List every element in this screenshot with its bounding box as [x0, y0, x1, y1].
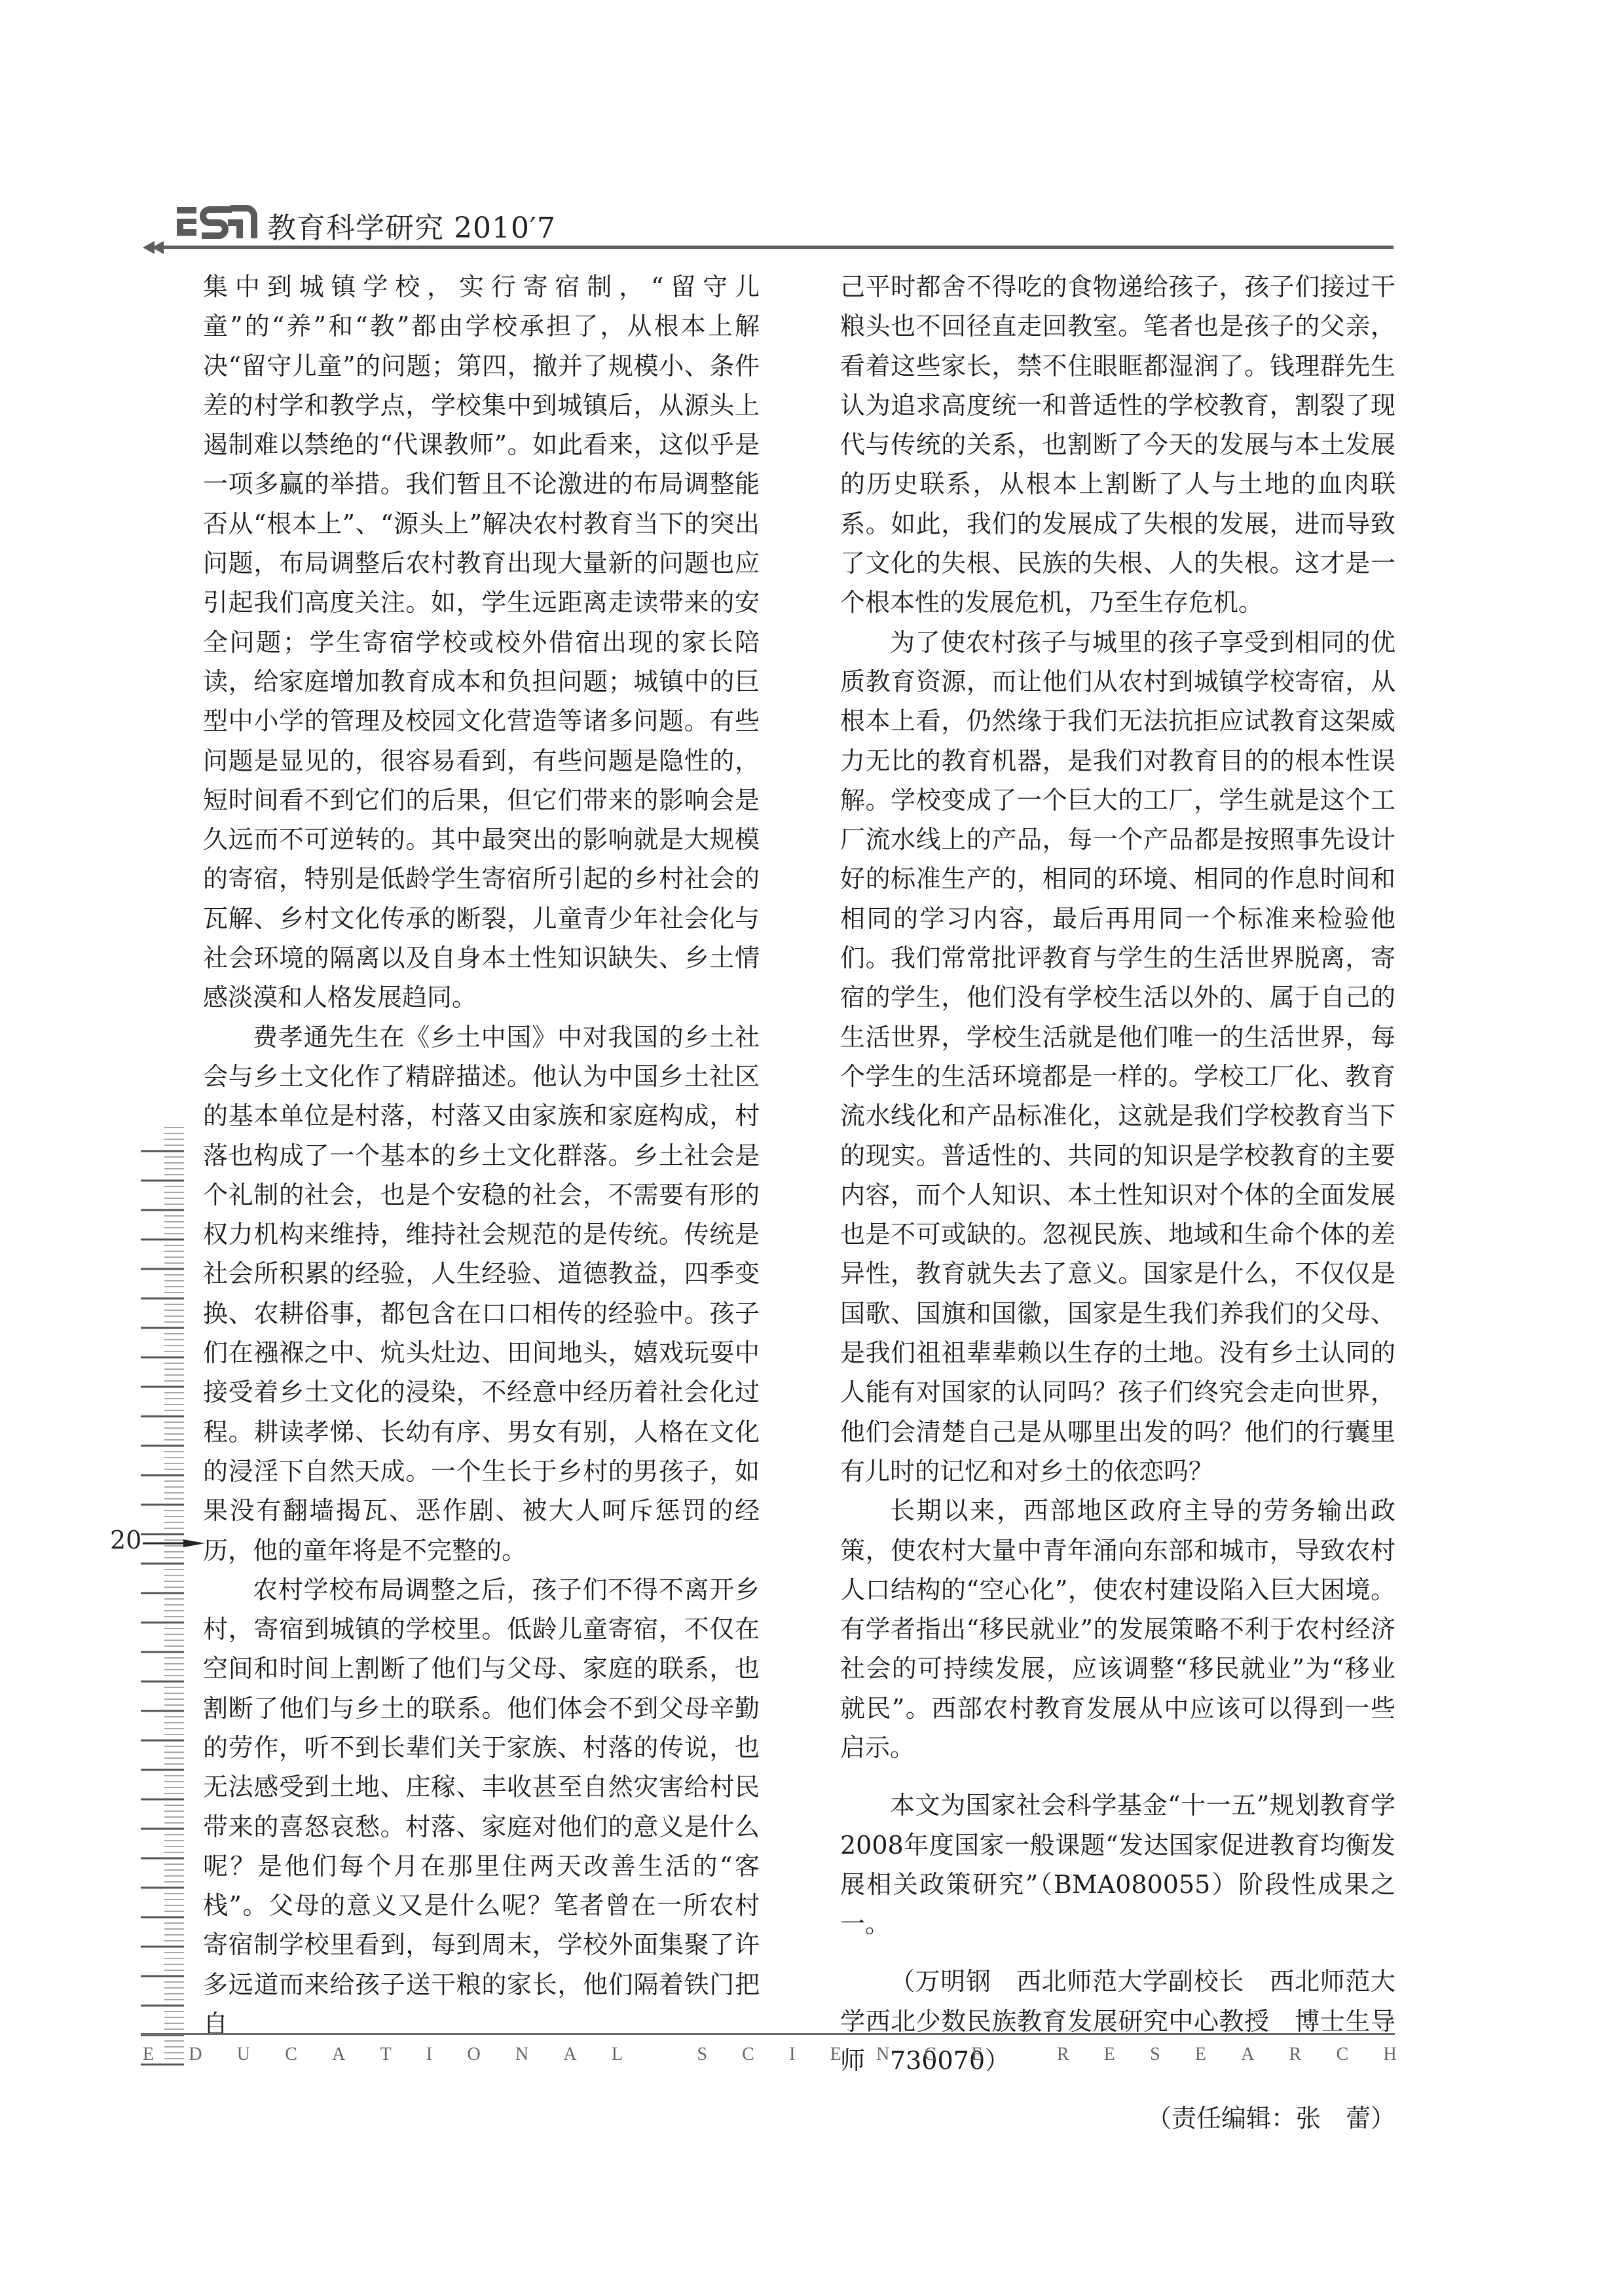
journal-logo-icon — [175, 203, 261, 241]
header-rule — [156, 246, 1393, 249]
paragraph: 集中到城镇学校，实行寄宿制，“留守儿童”的“养”和“教”都由学校承担了，从根本上… — [203, 267, 760, 1018]
footer-running-title: EDUCATIONAL SCIENCE RESEARCH — [143, 2044, 1397, 2065]
footer-letter — [657, 2044, 662, 2065]
editor-note: （责任编辑：张 蕾） — [840, 2099, 1395, 2138]
page-number: 20 — [110, 1526, 141, 1554]
footer-letter: A — [563, 2044, 576, 2065]
footer-letter: U — [237, 2044, 250, 2065]
page-header: 教育科学研究 2010′7 — [0, 0, 1624, 262]
footer-letter: S — [697, 2044, 707, 2065]
footer-letter: E — [1195, 2044, 1206, 2065]
journal-title: 教育科学研究 2010′7 — [267, 204, 556, 246]
paragraph: 农村学校布局调整之后，孩子们不得不离开乡村，寄宿到城镇的学校里。低龄儿童寄宿，不… — [203, 1570, 760, 2044]
footer-letter: C — [742, 2044, 754, 2065]
footer-letter: N — [876, 2044, 889, 2065]
footer-letter: N — [515, 2044, 528, 2065]
footer-letter: I — [426, 2044, 432, 2065]
margin-ruler — [141, 1125, 219, 2071]
footer-letter: O — [467, 2044, 480, 2065]
left-column: 集中到城镇学校，实行寄宿制，“留守儿童”的“养”和“教”都由学校承担了，从根本上… — [203, 267, 760, 2044]
footer-letter: C — [1337, 2044, 1349, 2065]
footer-letter: D — [189, 2044, 202, 2065]
footer-letter: A — [332, 2044, 345, 2065]
footer-letter: C — [924, 2044, 936, 2065]
right-column: 己平时都舍不得吃的食物递给孩子，孩子们接过干粮头也不回径直走回教室。笔者也是孩子… — [840, 267, 1395, 2139]
footer-letter: S — [1150, 2044, 1160, 2065]
footer-letter: E — [971, 2044, 982, 2065]
footer-letter: E — [1104, 2044, 1115, 2065]
paragraph: 己平时都舍不得吃的食物递给孩子，孩子们接过干粮头也不回径直走回教室。笔者也是孩子… — [840, 267, 1395, 623]
footer-letter: A — [1241, 2044, 1254, 2065]
paragraph: 为了使农村孩子与城里的孩子享受到相同的优质教育资源，而让他们从农村到城镇学校寄宿… — [840, 623, 1395, 1492]
footer-letter: T — [380, 2044, 392, 2065]
footer-rule — [141, 2033, 1395, 2035]
footer-letter: R — [1289, 2044, 1302, 2065]
footer-letter: R — [1057, 2044, 1069, 2065]
arrow-right-icon — [143, 1539, 205, 1548]
footer-letter: H — [1383, 2044, 1396, 2065]
paragraph: 费孝通先生在《乡土中国》中对我国的乡土社会与乡土文化作了精辟描述。他认为中国乡土… — [203, 1018, 760, 1570]
footer-letter — [1018, 2044, 1022, 2065]
footer-letter: E — [830, 2044, 841, 2065]
footer-letter: I — [789, 2044, 795, 2065]
footer-letter: L — [612, 2044, 623, 2065]
footer-letter: E — [143, 2044, 154, 2065]
paragraph: 长期以来，西部地区政府主导的劳务输出政策，使农村大量中青年涌向东部和城市，导致农… — [840, 1491, 1395, 1767]
funding-note: 本文为国家社会科学基金“十一五”规划教育学2008年度国家一般课题“发达国家促进… — [840, 1786, 1395, 1943]
footer-letter: C — [285, 2044, 297, 2065]
